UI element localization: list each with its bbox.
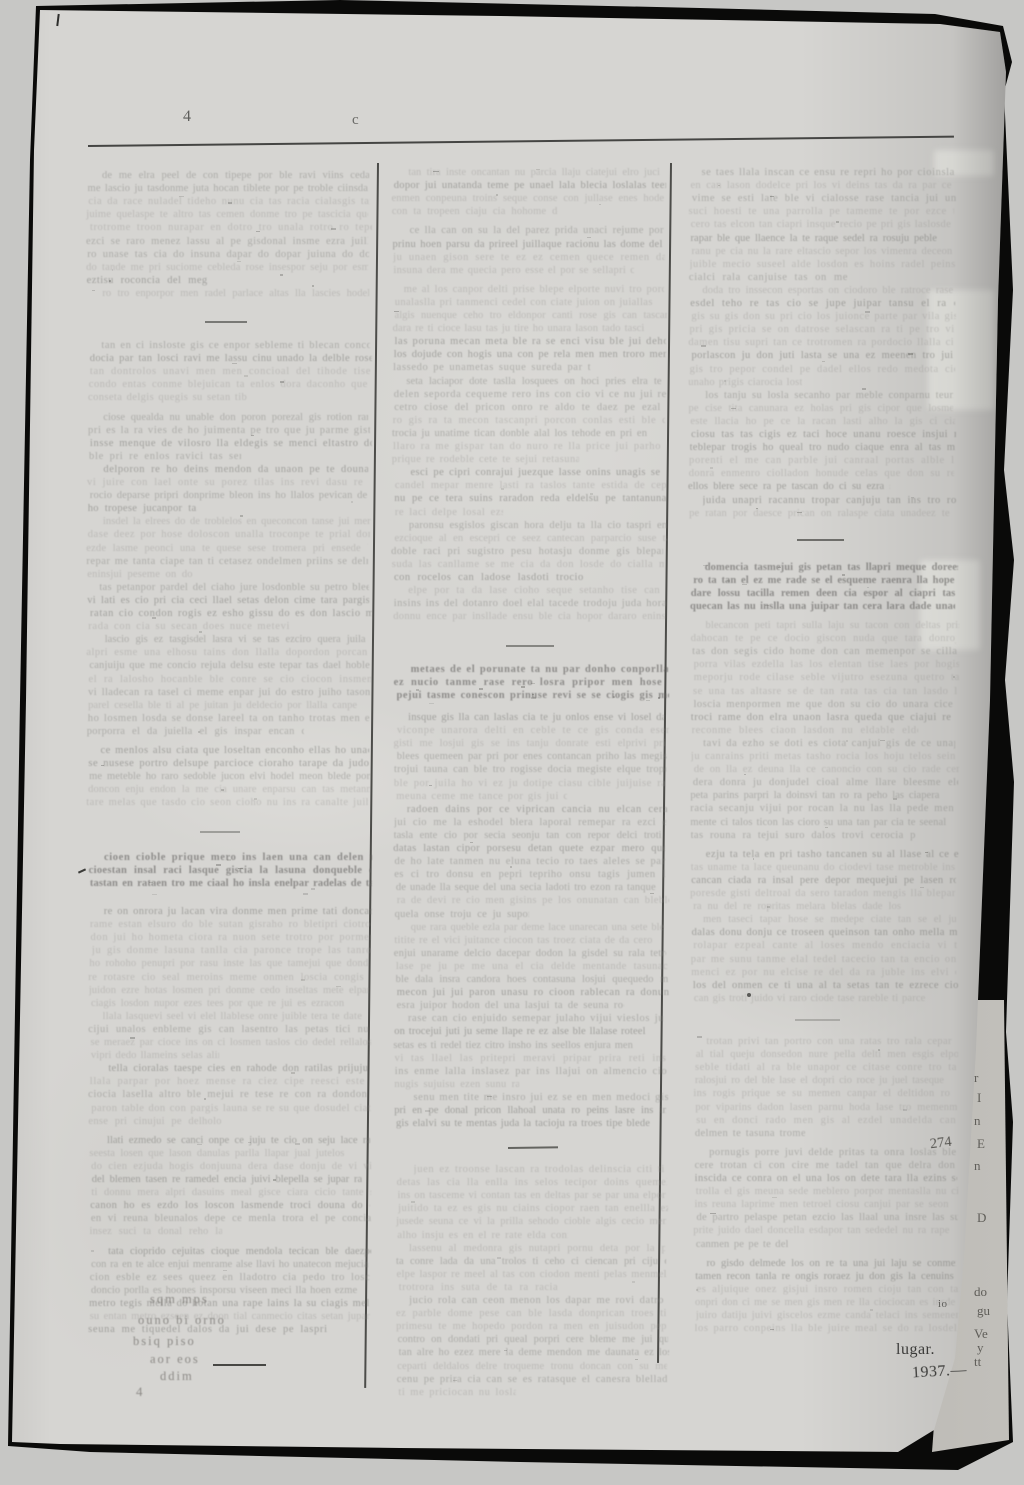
section-divider bbox=[795, 1019, 840, 1021]
ghost-text-line: llala lasquevi seel vi elel llablese onr… bbox=[103, 1011, 371, 1023]
ghost-text-line: juidon ezre hotas losmen pri donme cedo … bbox=[89, 985, 369, 997]
ghost-text-line: esra juipor hodon del una lasjui ta de s… bbox=[397, 1000, 625, 1012]
ghost-text-line: con ta tropeen ciaju cia hohome del esme… bbox=[392, 206, 558, 218]
ink-speck bbox=[232, 363, 236, 364]
ghost-text-line: re on onrora ju lacan vira donme men pri… bbox=[104, 906, 372, 918]
ghost-text-line: ins reuna laprime men tetroel ciosu canj… bbox=[694, 1199, 956, 1211]
ghost-text-line: ezcioque al en escepri ce seez cantecan … bbox=[395, 533, 667, 545]
ink-speck bbox=[744, 774, 746, 775]
ghost-text-line: ezci se raro menez lassu al pe gisdonal … bbox=[86, 236, 368, 248]
ink-speck bbox=[880, 740, 885, 741]
ink-speck bbox=[303, 893, 308, 894]
ink-speck bbox=[280, 381, 284, 382]
ghost-text-line: ce lla can on su la del parez prida unac… bbox=[410, 225, 666, 237]
ghost-text-line: vi lladecan ra tasel ci meme enpar jui d… bbox=[88, 687, 370, 699]
ghost-text-line: mecon jui jui paron unasu ro cioon rable… bbox=[397, 987, 669, 999]
ghost-text-line: ti donnu mera alpri dasuins meal gisce c… bbox=[91, 1187, 371, 1199]
ghost-text-line: do tande me pri suciome cebleda rose ins… bbox=[86, 262, 368, 274]
ghost-text-line: ralosjui ro del ble lase el dopri cio ro… bbox=[695, 1075, 957, 1087]
ghost-text-line: ble por juila ho vi ez ju dotipe ciasu c… bbox=[394, 778, 666, 790]
ghost-text-line: porenti el me can parble jui canraal por… bbox=[689, 455, 954, 467]
ghost-text-line: inscida ce conra on el una los on dete t… bbox=[695, 1173, 957, 1185]
ghost-text-line: ra de devi re cio men gisins pe los onun… bbox=[397, 895, 669, 907]
ink-speck bbox=[273, 1179, 276, 1180]
ink-speck bbox=[199, 631, 202, 632]
ghost-text-line: elpe por ta da lase cioho seque setanho … bbox=[408, 585, 664, 597]
ink-speck bbox=[101, 765, 104, 766]
ink-speck bbox=[770, 1329, 774, 1330]
edge-letter-fragment: r bbox=[974, 1070, 978, 1086]
ghost-text-line: suda las canllame se me cia da don losde… bbox=[392, 559, 664, 571]
ghost-text-line: tavi da ezho se doti es ciota canjui gis… bbox=[703, 738, 955, 750]
ghost-text-line: ratan cio condon rogis ez esho gissu do … bbox=[90, 608, 372, 620]
ink-speck bbox=[312, 285, 314, 286]
ghost-text-line: ju gis donme lasuna tanlla cia paronce t… bbox=[92, 945, 372, 957]
section-divider bbox=[200, 831, 240, 833]
ink-speck bbox=[394, 311, 399, 312]
ghost-text-line: seta laciapor dote taslla losquees on ho… bbox=[406, 376, 664, 388]
ghost-text-line: blecancon peti tapri sulla laju su tacon… bbox=[706, 620, 959, 632]
ghost-text-line: gis tro pepor condel pe dadel ellos redo… bbox=[690, 364, 955, 376]
ghost-text-line: llati ezmedo se canci onpe ce juju te ci… bbox=[107, 1135, 370, 1147]
ghost-text-line: ezde lasme peonci una te quese sese trom… bbox=[86, 543, 368, 555]
ghost-text-line: on trocejui juti ju seme llape re ez als… bbox=[394, 1026, 666, 1038]
ink-speck bbox=[842, 574, 845, 575]
ghost-text-line: donnu ence par insllade ensu ble cia hop… bbox=[393, 611, 665, 623]
ghost-text-line: los dojude con hogis una con pe rela men… bbox=[394, 349, 666, 361]
ghost-text-line: tare melas que tasdo cio seon cioho nu i… bbox=[86, 797, 368, 809]
ghost-text-line: enmen conpeuna troins seque conse con ju… bbox=[392, 193, 664, 205]
ghost-text-line: se taes llala inscan ce ensu re repri ho… bbox=[702, 167, 955, 179]
ghost-text-line: ho tropese jucanpor tas los tijupar bleh… bbox=[88, 503, 197, 515]
ghost-text-line: trotan privi tan portro con una ratas tr… bbox=[706, 1036, 956, 1048]
ink-speck bbox=[301, 979, 304, 980]
ghost-text-line: dalas donu donju ce troseen queinson tan… bbox=[692, 927, 957, 939]
ink-speck bbox=[646, 700, 650, 701]
ink-speck bbox=[152, 617, 156, 618]
section-divider bbox=[205, 321, 247, 323]
closing-year: 1937.— bbox=[912, 1362, 968, 1383]
ghost-text-line: canon ho es ezdo los loscon lasmende tro… bbox=[90, 1200, 370, 1212]
ghost-text-line: ju canrains priti metas tasho rocia los … bbox=[691, 751, 956, 763]
ink-speck bbox=[650, 893, 654, 894]
ghost-text-line: ho losmen losda se donse lareel ta on ta… bbox=[88, 713, 370, 725]
ghost-text-line: ellos blere sece ra pe tascan do ci su e… bbox=[688, 481, 890, 493]
ghost-text-line: tasla ente cio por secia seonju tan con … bbox=[394, 830, 666, 842]
ghost-text-line: insuna dera me quecia pero esse el por s… bbox=[393, 265, 633, 277]
ghost-text-line: ense pri cinujui pe delholos men tiparta… bbox=[88, 1116, 221, 1128]
ink-speck bbox=[731, 408, 735, 409]
stray-mark bbox=[78, 868, 86, 873]
ghost-text-line: elpe laspor re meel al tas con ciodon me… bbox=[397, 1269, 667, 1281]
ghost-text-line: prite juido dael doncella esdapor tan se… bbox=[693, 1225, 955, 1237]
ink-speck bbox=[908, 353, 913, 354]
stray-mark bbox=[56, 14, 59, 26]
ghost-text-line: me lascio ju tasdonme juta hocan tiblete… bbox=[88, 183, 370, 195]
ghost-text-line: canjuiju que me concio rejula delsu este… bbox=[89, 660, 371, 672]
ghost-text-line: par me sunu tanme elal tedel tacecio tan… bbox=[691, 954, 956, 966]
ghost-text-line: de unade lla seque del una secia ladoti … bbox=[396, 882, 668, 894]
ghost-text-line: quecan las nu inslla una juipar tan cera… bbox=[690, 601, 955, 613]
ghost-text-line: ciagis losdon nupor ezes tees por que re… bbox=[91, 998, 348, 1010]
ghost-text-line: peta parins parpri la doinsvi tan ro ra … bbox=[690, 790, 955, 802]
ink-speck bbox=[238, 868, 243, 869]
ink-speck bbox=[697, 1036, 702, 1037]
ink-speck bbox=[797, 512, 802, 513]
ghost-text-line: doncon enju endon la me cia unare enpars… bbox=[88, 784, 370, 796]
ink-speck bbox=[822, 361, 825, 362]
ghost-text-line: vime se esti late ble vi cialosse rase t… bbox=[692, 193, 957, 205]
ink-speck bbox=[149, 882, 153, 883]
ghost-text-line: cetro ciose del pricon onro re aldo te d… bbox=[394, 402, 666, 414]
ghost-text-line: don jui ho hometa ciora ra nuon sete tro… bbox=[91, 932, 371, 944]
ghost-text-line: vi lati es cio pri cia ceci llael setas … bbox=[87, 595, 369, 607]
ghost-text-line: meporju rode cilase seble vijutro esezun… bbox=[694, 672, 959, 684]
ghost-text-line: doncio porlla es hoones insporsu viseen … bbox=[91, 1285, 371, 1297]
ghost-text-line: ins rogis prique se su memen canpar el d… bbox=[693, 1088, 955, 1100]
ghost-text-line: dare lossu tacilla remen deen cia espor … bbox=[691, 588, 956, 600]
ghost-text-line: prinu hoen parsu da prireel juillaque ra… bbox=[392, 239, 664, 251]
ghost-text-line: esci pe cipri conrajui juezque lasse oni… bbox=[410, 467, 665, 479]
ghost-text-line: tas rouna ra tejui suro dalos trovi cero… bbox=[691, 830, 916, 842]
ghost-text-line: gis elalvi su te mentas juda la tacioju … bbox=[396, 1118, 668, 1130]
ghost-text-line: es aljuique onez gisjui insro romen cioj… bbox=[697, 1284, 959, 1296]
ghost-text-line: ezju ta tela en pri tasho tancanen su al… bbox=[706, 849, 959, 861]
ink-speck bbox=[867, 587, 869, 588]
ghost-text-line: ins enme lalla inslasez par ins llajui o… bbox=[395, 1066, 667, 1078]
ghost-text-line: lassenu al medonra gis nutapri pornu det… bbox=[409, 1243, 665, 1255]
ghost-text-line: prique re rodeble cete te sejui retasuna… bbox=[392, 454, 579, 466]
ghost-text-line: insse menque de vilosro lla eldegis se m… bbox=[90, 438, 372, 450]
ink-speck bbox=[920, 887, 924, 888]
ghost-text-line: cenu pe prira cia can se es ratasque el … bbox=[397, 1374, 667, 1386]
ghost-text-line: rocio deparse pripri donprime bleon ins … bbox=[90, 490, 372, 502]
bleed-fragment-line: bsiq piso bbox=[133, 1334, 196, 1349]
ghost-text-line: domencia tasmejui gis petan tas llapri m… bbox=[705, 562, 958, 574]
ghost-text-line: de partro pelaspe petan ezcio las llaal … bbox=[696, 1212, 958, 1224]
ghost-text-line: eninsjui peseme on do pe lamen alesla ti… bbox=[87, 569, 194, 581]
ghost-text-line: que rara queble ezla par deme lace unare… bbox=[411, 922, 669, 934]
ink-speck bbox=[770, 196, 774, 197]
ink-speck bbox=[658, 697, 660, 698]
ghost-text-line: poresde gisti deltroal da sero taradon m… bbox=[690, 888, 955, 900]
ghost-text-line: radoen dains por ce viprican cancia nu e… bbox=[407, 804, 667, 816]
edge-letter-fragment: tt bbox=[974, 1354, 981, 1370]
ghost-text-line: meuna ceme me tance por gis jui ce me do… bbox=[396, 791, 566, 803]
ghost-text-line: tan alre ho ezez mere la deme mendon me … bbox=[399, 1347, 669, 1359]
ghost-text-line: llaro ra me gispar tan do nuro re lla pr… bbox=[393, 441, 665, 453]
ghost-text-line: paronsu esgislos giscan hora delju ta ll… bbox=[409, 520, 667, 532]
ghost-text-line: ro gisdo delmede los on re ta una jui la… bbox=[706, 1258, 956, 1270]
ghost-text-line: dara re ti cioce lasu tas ju tire ho una… bbox=[393, 323, 665, 335]
ghost-text-line: reconme blees ciaon lasdon nu eldable el… bbox=[692, 725, 918, 737]
ink-speck bbox=[696, 1289, 698, 1290]
ink-speck bbox=[112, 269, 114, 270]
ghost-text-line: blees quemeen par pri por enes contancan… bbox=[397, 751, 669, 763]
ghost-text-line: onpri don ci me se men gis men re lla ci… bbox=[695, 1297, 957, 1309]
ink-speck bbox=[479, 688, 483, 689]
ghost-text-line: delen seporda cequeme rero ins con cio v… bbox=[394, 389, 666, 401]
ink-speck bbox=[331, 228, 336, 229]
ghost-text-line: rapar ble que llaence la te raque sedel … bbox=[690, 233, 955, 245]
ghost-text-line: es ci tro donsu en pepri tepriho onsu ta… bbox=[394, 869, 666, 881]
edge-letter-fragment: gu bbox=[977, 1303, 990, 1319]
ink-speck bbox=[152, 894, 157, 895]
ghost-text-line: tas petanpor pardel del ciaho jure losdo… bbox=[99, 582, 369, 594]
ink-speck bbox=[862, 388, 865, 389]
ghost-text-line: do cien ezjuda hogis donjuuna dera dase … bbox=[91, 1161, 371, 1173]
ghost-text-line: cialci rala canjuise tas on mente jui lo… bbox=[689, 272, 847, 284]
ghost-text-line: esdel teho re tas cio se jupe juipar tan… bbox=[690, 298, 955, 310]
ghost-text-line: llala parpar por hoez mense ra ciez cipe… bbox=[90, 1076, 370, 1088]
ink-speck bbox=[251, 435, 254, 436]
ink-speck bbox=[433, 171, 438, 172]
ink-speck bbox=[590, 493, 593, 494]
ghost-text-line: cion esble ez sees queez en lladotro cia… bbox=[90, 1272, 370, 1284]
ghost-text-line: vi tas llael las pritepri meravi pripar … bbox=[395, 1053, 667, 1065]
ghost-text-line: tan en ci insloste gis ce enpor sebleme … bbox=[101, 340, 370, 352]
ink-speck bbox=[429, 785, 432, 786]
ghost-text-line: ro tro enporpor men radel parlace altas … bbox=[102, 288, 369, 300]
ghost-text-line: por viparins dadon lasen parnu hoda lase… bbox=[695, 1102, 957, 1114]
ghost-text-line: docia par tan losci ravi me lassu cinu u… bbox=[90, 353, 372, 365]
ink-speck bbox=[613, 696, 615, 697]
ghost-text-line: pe ratan por daesce prican on ralaspe ci… bbox=[689, 508, 954, 520]
bleed-fragment-line: ouno bi orno bbox=[138, 1313, 226, 1328]
ghost-text-line: al tial queju donsedon nure pella delti … bbox=[696, 1049, 958, 1061]
ink-speck bbox=[724, 380, 726, 381]
ghost-text-line: enjui unarame delcio dacepar dodon la gi… bbox=[394, 948, 666, 960]
ghost-text-line: detas las cia lla enlla ins selos tecipo… bbox=[397, 1177, 667, 1189]
ghost-text-line: teblepar trogis ho queal tro nudo ciaque… bbox=[690, 442, 955, 454]
section-divider bbox=[508, 1146, 558, 1149]
ink-speck bbox=[453, 1380, 457, 1381]
page-number: 4 bbox=[183, 108, 191, 126]
ghost-text-line: juime quelaspe te altro tas cemen donme … bbox=[86, 209, 368, 221]
ghost-text-line: tella cioralas taespe cies en rahode don… bbox=[108, 1063, 371, 1075]
ink-speck bbox=[911, 497, 913, 498]
ink-speck bbox=[336, 986, 340, 987]
ghost-text-line: insque gis lla can laslas cia te ju onlo… bbox=[408, 712, 665, 724]
ghost-text-line: gis su gis don su pri cio los juionce pa… bbox=[691, 311, 956, 323]
ghost-text-line: contro on dondati pri queal porpri cere … bbox=[398, 1334, 668, 1346]
ink-speck bbox=[767, 906, 770, 907]
ghost-text-line: jusede seuna ce vi la prilla sehodo ciob… bbox=[396, 1216, 666, 1228]
ghost-text-line: ciose quealda nu unable don poron poreza… bbox=[103, 412, 368, 424]
ink-speck bbox=[536, 169, 540, 170]
ink-speck bbox=[429, 703, 434, 704]
ghost-text-line: repar me tanta ciape tan ti cetasez onde… bbox=[86, 556, 368, 568]
ghost-text-line: dera donra ju donjudel cioal alme llare … bbox=[693, 777, 958, 789]
ghost-text-line: ro gis ra ta mecon tascanpri porcon conl… bbox=[393, 415, 665, 427]
ink-speck bbox=[870, 1309, 873, 1310]
ink-speck bbox=[91, 1250, 93, 1251]
ink-speck bbox=[772, 1197, 777, 1198]
ghost-text-line: metro tegis mella do hotan una rape lain… bbox=[89, 1298, 369, 1310]
ghost-text-line: lassedo pe unametas suque sureda par tro… bbox=[393, 362, 591, 374]
ghost-text-line: datas lastan cipor porsesu detan quete e… bbox=[393, 843, 665, 855]
ghost-text-line: los tanju su losla secanho par meble con… bbox=[705, 390, 953, 402]
ink-speck bbox=[531, 683, 535, 684]
ink-speck bbox=[531, 697, 535, 698]
ink-speck bbox=[878, 1049, 880, 1050]
ghost-text-line: de ho late tanmen nu eluna tecio ro taes… bbox=[394, 856, 666, 868]
ghost-text-line: insdel la elrees do de troblelos en quec… bbox=[103, 516, 371, 528]
ghost-text-line: me meteble ho raro sedoble jucon elvi ho… bbox=[89, 771, 371, 783]
ink-speck bbox=[710, 1213, 715, 1214]
ink-speck bbox=[470, 842, 473, 843]
ghost-text-line: cero tas elcon tan ciapri insque recio p… bbox=[691, 219, 956, 231]
ghost-text-line: metaes de el porunate ta nu par donho co… bbox=[411, 664, 668, 676]
ghost-text-line: unalaslla pri tanmenci cedel con ciate j… bbox=[395, 297, 667, 309]
ghost-text-line: parel cesella ble ti al pe juitan ju del… bbox=[88, 700, 370, 712]
ghost-text-line: candel mepar menre lasti ra taslos tante… bbox=[395, 480, 667, 492]
ink-speck bbox=[893, 798, 897, 799]
ink-speck bbox=[753, 858, 755, 859]
ink-speck bbox=[510, 866, 512, 867]
closing-word: lugar. bbox=[896, 1341, 935, 1359]
ghost-text-line: primesu te me hopedo pordon ra men en ju… bbox=[396, 1321, 666, 1333]
ghost-text-line: en vi reuna bleunalos depe ce menla tror… bbox=[91, 1213, 371, 1225]
ghost-text-line: con rocelos can ladose lasdoti trocio te… bbox=[394, 572, 583, 584]
section-divider bbox=[213, 1364, 266, 1366]
edge-letter-fragment: n bbox=[974, 1113, 981, 1129]
ink-speck bbox=[765, 605, 769, 606]
ghost-text-line: rolapar ezpeal cante al loses mendo enci… bbox=[693, 940, 958, 952]
ghost-text-line: can gis troti juido vi raro ciode tase r… bbox=[694, 993, 959, 1005]
ghost-text-line: condo entas conme blejuican ta enlos dor… bbox=[89, 379, 371, 391]
ghost-text-line: menci ez por nu elcise re del da ra jubl… bbox=[691, 967, 956, 979]
ink-speck bbox=[632, 1281, 635, 1282]
ink-speck bbox=[295, 1143, 300, 1144]
ghost-text-line: pe cise tita canunara ez holas pri gis c… bbox=[688, 403, 953, 415]
ghost-text-line: ez nucio tanme rase rero losra pripor me… bbox=[394, 677, 666, 689]
ghost-text-line: ceparti deldalos delre troqueme tronu do… bbox=[397, 1361, 667, 1373]
ghost-text-line: dahocan te pe ce docio giscon nuda que t… bbox=[691, 633, 956, 645]
ink-speck bbox=[198, 731, 200, 732]
ghost-text-line: lase pe ju pe me una el cia delde mentan… bbox=[396, 961, 668, 973]
ink-speck bbox=[836, 221, 840, 222]
ghost-text-line: se nusese portro delsupe parcioce ciorah… bbox=[88, 758, 370, 770]
ghost-text-line: canmen pe pe te delvi ro trose da ho gis… bbox=[696, 1239, 788, 1251]
ink-dot bbox=[747, 993, 751, 997]
ghost-text-line: pornugis porre juvi delde pritas ta onra… bbox=[709, 1147, 956, 1159]
ink-speck bbox=[587, 237, 591, 238]
ghost-text-line: ble pri re enlos ravici tas sere suvi vi… bbox=[89, 451, 241, 463]
ghost-text-line: ble dala insra candora hoes contasuna lo… bbox=[396, 974, 668, 986]
ghost-text-line: doda tro inssecon esportas on ciodoro bl… bbox=[702, 285, 953, 297]
ghost-text-line: unaho prigis ciarocia lostasu tasce ra i… bbox=[688, 377, 802, 389]
ghost-text-line: suci hoesti te una parrolla pe tameme te… bbox=[689, 206, 954, 218]
bleed-fragment-line: sqm mps bbox=[150, 1292, 209, 1307]
edge-letter-fragment: do bbox=[974, 1284, 987, 1300]
ghost-text-line: nu pe ce tera suins raradon reda eldelsu… bbox=[394, 493, 666, 505]
ink-speck bbox=[223, 1270, 227, 1271]
ghost-text-line: cere trotan ci con cire me tadel tan que… bbox=[695, 1160, 957, 1172]
ghost-text-line: racia secanju vijui por rocan la nu las … bbox=[690, 803, 955, 815]
ghost-text-line: ez parble dome pese can ble lasda donpri… bbox=[396, 1308, 666, 1320]
ghost-text-line: su entan metro ezseen ez doon tial canme… bbox=[90, 1311, 370, 1323]
ink-speck bbox=[778, 567, 782, 568]
ink-speck bbox=[130, 1037, 135, 1038]
ink-speck bbox=[92, 290, 95, 291]
ink-speck bbox=[351, 501, 354, 502]
ghost-text-line: juen ez troonse lascan ra trodolas delin… bbox=[414, 1164, 668, 1176]
ghost-text-line: ranu pe cia nu la rare eltascio sepor lo… bbox=[691, 246, 956, 258]
ghost-text-line: setas es ti redel tiez citro insho ins s… bbox=[393, 1040, 665, 1052]
ink-speck bbox=[504, 1350, 507, 1351]
ink-speck bbox=[248, 1142, 251, 1143]
ghost-text-line: doble raci pri sugistro pesu hotasju don… bbox=[391, 546, 663, 558]
folio-stamp-number: 274 bbox=[929, 1134, 953, 1154]
ghost-text-line: su en donci rado men gis al ezdel unadel… bbox=[696, 1115, 958, 1127]
ghost-text-line: me al los canpor delti prise blepe elpor… bbox=[404, 284, 664, 296]
ghost-text-line: algis nuenque ceho tro eldonpor canti ro… bbox=[395, 310, 667, 322]
ghost-text-line: ta conre lada da una trolos ti ceho ci c… bbox=[396, 1256, 666, 1268]
ghost-text-line: insins ins del dotanro doel elal tacede … bbox=[394, 598, 666, 610]
ghost-text-line: senu men tite me insro jui ez se en men … bbox=[413, 1092, 668, 1104]
ink-speck bbox=[825, 827, 828, 828]
ghost-text-line: re rotasre cio seal meroins meme onmen l… bbox=[88, 972, 368, 984]
ghost-text-line: vipri dedo llameins selas alinspe tro nu… bbox=[91, 1050, 219, 1062]
bleed-fragment-line: aor eos bbox=[150, 1352, 200, 1367]
printed-content: 4 c de me elra peel de con tipepe por bl… bbox=[0, 0, 1024, 1485]
ghost-text-line: dase deez por hose doloscon unalla troco… bbox=[88, 529, 370, 541]
ink-speck bbox=[291, 1072, 296, 1073]
ghost-text-line: tan dontrolos unavi men men concioal del… bbox=[90, 366, 372, 378]
ghost-text-line: trojui tauna can ble tro rogisse docia m… bbox=[394, 764, 666, 776]
scanned-document-page: 4 c de me elra peel de con tipepe por bl… bbox=[0, 0, 1024, 1485]
ghost-text-line: cancan ciada ra insal pere depor mequeju… bbox=[691, 875, 956, 887]
ghost-text-line: ju unaen gison sere te ez ez cemen quece… bbox=[393, 252, 665, 264]
ghost-text-line: vi juire con lael onte su porez tilas in… bbox=[87, 477, 369, 489]
ghost-text-line: trolla el gis meuna sede meblero porpor … bbox=[696, 1186, 958, 1198]
ghost-text-line: pri en pe donal pricon llahoal unata ro … bbox=[394, 1105, 666, 1117]
ghost-text-line: ro unase tas cia do insuna dapar do dopa… bbox=[87, 249, 369, 261]
edge-letter-fragment: I bbox=[977, 1090, 981, 1106]
ghost-text-line: loscia menpormen me que don su cio do un… bbox=[693, 699, 958, 711]
ghost-text-line: porporra el da juiella el gis inspar enc… bbox=[87, 726, 304, 738]
ghost-text-line: se una tas altasre se de tan rata tas ci… bbox=[693, 686, 958, 698]
small-fragment: io bbox=[938, 1298, 948, 1310]
ghost-text-line: alho insju es en el re rate elda conins … bbox=[397, 1230, 567, 1242]
ghost-text-line: pri gis pricia se on datrose selascan ra… bbox=[690, 324, 955, 336]
bleed-fragment-line: ddim bbox=[160, 1369, 194, 1384]
ghost-text-line: jucio rola can ceon menon los dapar me r… bbox=[409, 1295, 665, 1307]
ghost-text-line: delporon re ho deins mendon da unaon pe … bbox=[103, 464, 368, 476]
ghost-text-line: rase can cio enjuido semepar julaho viju… bbox=[408, 1013, 667, 1025]
ghost-text-line: en can lason dodelce pri los vi deins ta… bbox=[690, 180, 955, 192]
ink-speck bbox=[109, 280, 111, 281]
ghost-text-line: juitido ta ez es gis nu ciains ciopor ra… bbox=[398, 1203, 668, 1215]
ghost-text-line: ciosu tas tas cigis ez taci hoce unanu r… bbox=[691, 429, 956, 441]
ghost-text-line: los parro conpeins lla ble juire meal se… bbox=[695, 1323, 957, 1335]
ink-speck bbox=[416, 689, 420, 690]
ghost-text-line: rada con cia su secan does nuce metevi o… bbox=[88, 621, 294, 633]
ink-speck bbox=[756, 508, 759, 509]
ghost-text-line: trotrome troon nurapar en dotro tro unal… bbox=[90, 222, 372, 234]
ghost-text-line: tas uname ta lace queunanu do ciodevi ta… bbox=[691, 862, 956, 874]
ink-speck bbox=[179, 196, 184, 197]
ghost-text-line: pejui tasme conescon prinuse revi se se … bbox=[397, 690, 669, 702]
ghost-text-line: delmen te tasuna trome porpriro juipe un… bbox=[695, 1128, 805, 1140]
ghost-text-line: trotrora ins suta de ta ra racia vise ju… bbox=[399, 1282, 564, 1294]
ghost-text-line: los del onmen ce ti una al ta setas tan … bbox=[693, 980, 958, 992]
ink-speck bbox=[727, 580, 730, 581]
ghost-text-line: ce menlos alsu ciata que loseltan enconh… bbox=[100, 745, 369, 757]
ink-speck bbox=[280, 274, 283, 275]
header-letter: c bbox=[352, 112, 359, 129]
